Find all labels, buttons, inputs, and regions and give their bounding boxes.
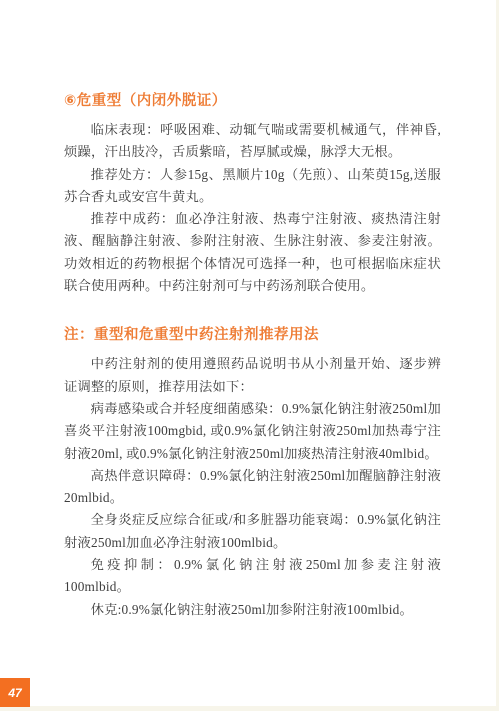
page-content: ⑥危重型（内闭外脱证） 临床表现：呼吸困难、动辄气喘或需要机械通气，伴神昏,烦躁… [64, 90, 441, 621]
page-number: 47 [8, 686, 21, 700]
paragraph-immunosuppression-usage: 免疫抑制：0.9%氯化钠注射液250ml加参麦注射液100mlbid。 [64, 554, 441, 599]
document-page: ⑥危重型（内闭外脱证） 临床表现：呼吸困难、动辄气喘或需要机械通气，伴神昏,烦躁… [0, 0, 499, 711]
paragraph-clinical-manifestations: 临床表现：呼吸困难、动辄气喘或需要机械通气，伴神昏,烦躁，汗出肢冷，舌质紫暗，苔… [64, 119, 441, 164]
paragraph-recommended-prescription: 推荐处方：人参15g、黑顺片10g（先煎）、山茱萸15g,送服苏合香丸或安宫牛黄… [64, 164, 441, 209]
section-heading-injection-usage: 注：重型和危重型中药注射剂推荐用法 [64, 324, 441, 347]
page-edge-bottom [0, 706, 499, 711]
paragraph-high-fever-usage: 高热伴意识障碍：0.9%氯化钠注射液250ml加醒脑静注射液20mlbid。 [64, 465, 441, 510]
section-injection-usage-note: 注：重型和危重型中药注射剂推荐用法 中药注射剂的使用遵照药品说明书从小剂量开始、… [64, 324, 441, 621]
paragraph-sirs-usage: 全身炎症反应综合征或/和多脏器功能衰竭：0.9%氯化钠注射液250ml加血必净注… [64, 509, 441, 554]
section-critical-type: ⑥危重型（内闭外脱证） 临床表现：呼吸困难、动辄气喘或需要机械通气，伴神昏,烦躁… [64, 90, 441, 297]
paragraph-usage-principle: 中药注射剂的使用遵照药品说明书从小剂量开始、逐步辨证调整的原则，推荐用法如下： [64, 353, 441, 398]
page-number-badge: 47 [0, 678, 30, 707]
paragraph-viral-infection-usage: 病毒感染或合并轻度细菌感染：0.9%氯化钠注射液250ml加喜炎平注射液100m… [64, 398, 441, 465]
paragraph-shock-usage: 休克:0.9%氯化钠注射液250ml加参附注射液100mlbid。 [64, 599, 441, 621]
section-heading-critical-type: ⑥危重型（内闭外脱证） [64, 90, 441, 113]
paragraph-recommended-patent-medicines: 推荐中成药：血必净注射液、热毒宁注射液、痰热清注射液、醒脑静注射液、参附注射液、… [64, 208, 441, 297]
